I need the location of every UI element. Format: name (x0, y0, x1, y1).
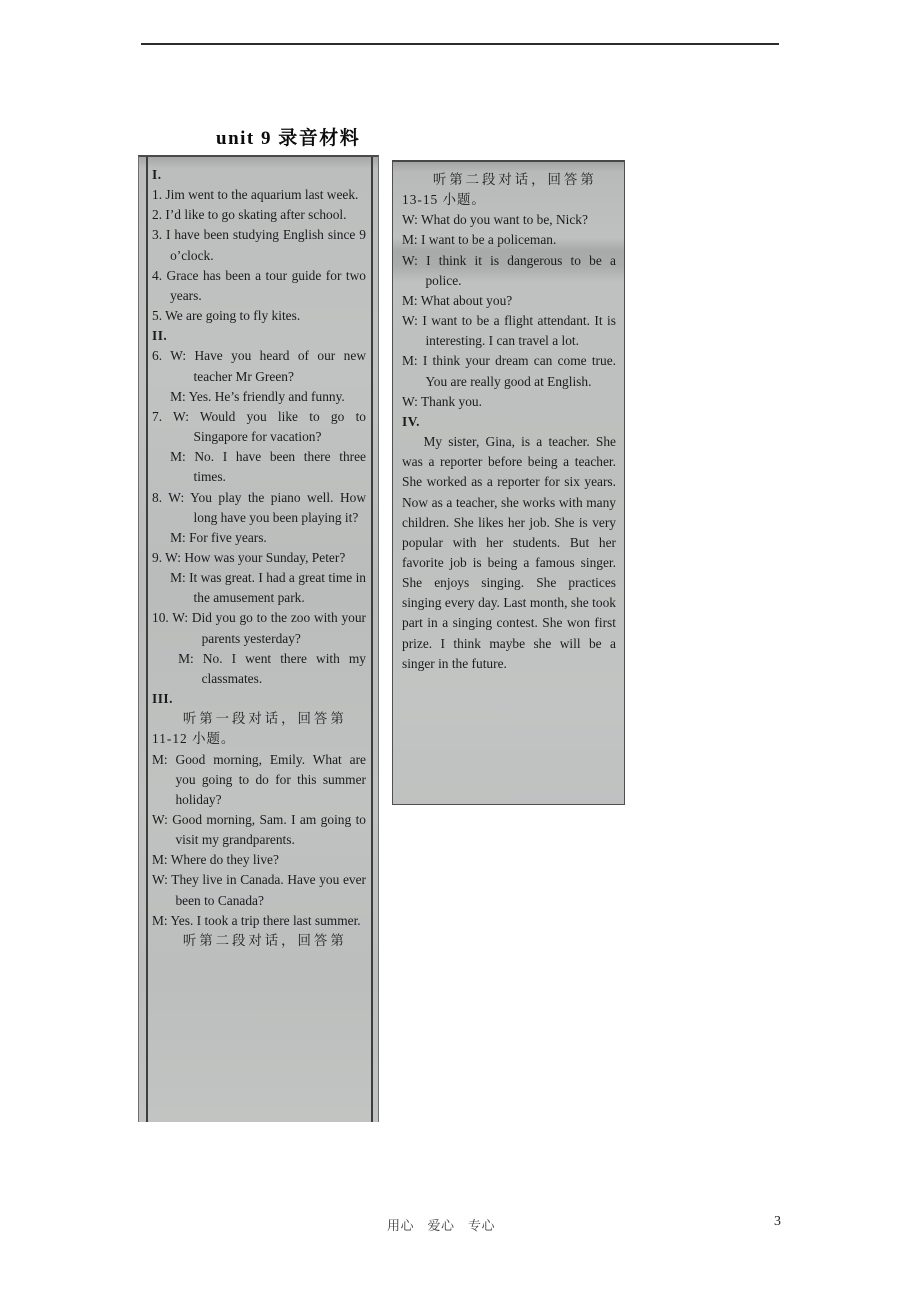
transcript-line: M: What about you? (402, 291, 616, 311)
transcript-line: 10. W: Did you go to the zoo with your p… (152, 608, 366, 648)
transcript-line: 8. W: You play the piano well. How long … (152, 488, 366, 528)
transcript-line: 1. Jim went to the aquarium last week. (152, 185, 366, 205)
transcript-line: M: I want to be a policeman. (402, 230, 616, 250)
transcript-line: W: What do you want to be, Nick? (402, 210, 616, 230)
page-title: unit 9 录音材料 (216, 123, 360, 150)
left-column-scan: I. 1. Jim went to the aquarium last week… (138, 155, 379, 1122)
page-number: 3 (774, 1214, 781, 1230)
transcript-line: M: No. I have been there three times. (152, 447, 366, 487)
transcript-line: M: It was great. I had a great time in t… (152, 568, 366, 608)
transcript-line: 6. W: Have you heard of our new teacher … (152, 346, 366, 386)
transcript-line: 9. W: How was your Sunday, Peter? (152, 548, 366, 568)
transcript-line: M: Yes. He’s friendly and funny. (152, 387, 366, 407)
transcript-line: 4. Grace has been a tour guide for two y… (152, 266, 366, 306)
transcript-line: 听第二段对话，回答第 (402, 170, 616, 190)
transcript-line: W: Thank you. (402, 392, 616, 412)
transcript-line: W: I want to be a flight atten­dant. It … (402, 311, 616, 351)
transcript-line: 5. We are going to fly kites. (152, 306, 366, 326)
transcript-line: M: Yes. I took a trip there last summer. (152, 911, 366, 931)
transcript-line: IV. (402, 412, 616, 432)
document-page: unit 9 录音材料 I. 1. Jim went to the aquari… (0, 0, 920, 1302)
transcript-line: 听第二段对话，回答第 (152, 931, 366, 951)
transcript-line: M: No. I went there with my classmates. (152, 649, 366, 689)
transcript-line: 13-15 小题。 (402, 190, 616, 210)
transcript-line: W: They live in Canada. Have you ever be… (152, 870, 366, 910)
transcript-line: M: I think your dream can come true. You… (402, 351, 616, 391)
footer-motto: 用心 爱心 专心 (387, 1215, 495, 1234)
transcript-line: M: Good morning, Emily. What are you goi… (152, 750, 366, 810)
transcript-line: 7. W: Would you like to go to Singapore … (152, 407, 366, 447)
transcript-line: II. (152, 326, 366, 346)
transcript-line: W: I think it is dangerous to be a polic… (402, 251, 616, 291)
transcript-line: 听第一段对话，回答第 (152, 709, 366, 729)
transcript-line: 3. I have been studying English since 9 … (152, 225, 366, 265)
transcript-line: I. (152, 165, 366, 185)
transcript-line: 11-12 小题。 (152, 729, 366, 749)
transcript-line: III. (152, 689, 366, 709)
transcript-line: W: Good morning, Sam. I am going to visi… (152, 810, 366, 850)
transcript-line: M: Where do they live? (152, 850, 366, 870)
transcript-line: M: For five years. (152, 528, 366, 548)
transcript-line: 2. I’d like to go skating after school. (152, 205, 366, 225)
header-rule (141, 43, 779, 45)
transcript-line: My sister, Gina, is a teacher. She was a… (402, 432, 616, 674)
right-column-scan: 听第二段对话，回答第 13-15 小题。 W: What do you want… (392, 160, 625, 805)
